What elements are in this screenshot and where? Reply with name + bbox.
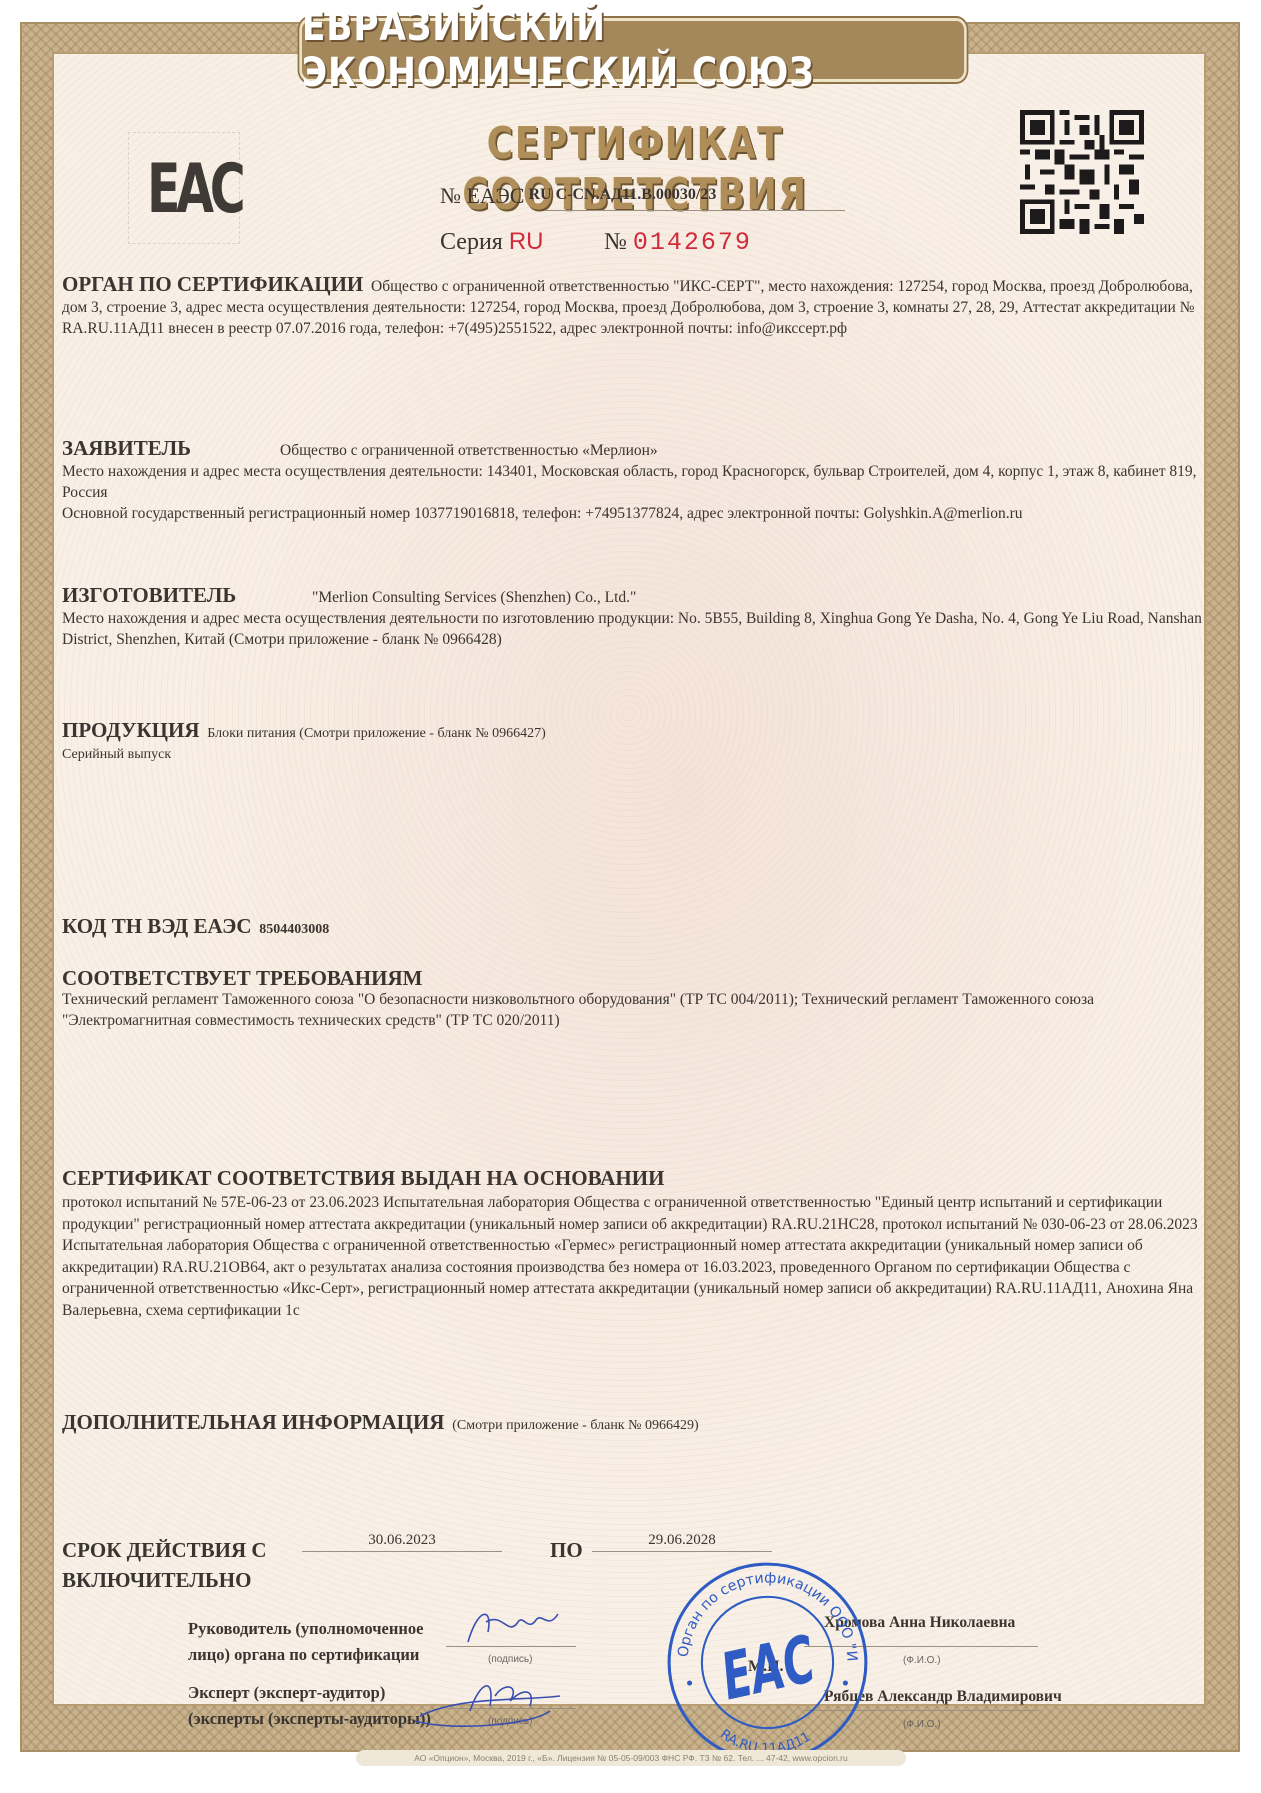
requirements-text: Технический регламент Таможенного союза … (62, 989, 1202, 1031)
head-label: Руководитель (уполномоченное лицо) орган… (188, 1616, 423, 1668)
eaes-number-line: № ЕАЭСRU C-CN.АД11.В.00030/23 (440, 183, 716, 209)
blank-label: № (604, 229, 627, 255)
eac-logo-icon: EAC (147, 150, 205, 230)
printer-footer: АО «Опцион», Москва, 2019 г., «Б». Лицен… (356, 1750, 906, 1766)
manufacturer-heading: ИЗГОТОВИТЕЛЬ (62, 585, 312, 606)
product-name: Блоки питания (Смотри приложение - бланк… (207, 726, 545, 741)
head-signature-icon (458, 1602, 568, 1652)
applicant-address: Место нахождения и адрес места осуществл… (62, 461, 1202, 503)
validity-inclusive: ВКЛЮЧИТЕЛЬНО (62, 1570, 1202, 1591)
tn-ved-code: 8504403008 (259, 922, 329, 937)
product-release: Серийный выпуск (62, 744, 1202, 765)
tn-ved-heading: КОД ТН ВЭД ЕАЭС (62, 914, 252, 938)
union-banner: ЕВРАЗИЙСКИЙ ЭКОНОМИЧЕСКИЙ СОЮЗ (299, 18, 966, 82)
additional-info-text: (Смотри приложение - бланк № 0966429) (452, 1418, 698, 1433)
additional-info-section: ДОПОЛНИТЕЛЬНАЯ ИНФОРМАЦИЯ (Смотри прилож… (62, 1412, 1202, 1436)
eaes-underline (545, 210, 845, 211)
validity-section: СРОК ДЕЙСТВИЯ С 30.06.2023 ПО 29.06.2028… (62, 1530, 1202, 1591)
requirements-section: СООТВЕТСТВУЕТ ТРЕБОВАНИЯМ Технический ре… (62, 968, 1202, 1031)
basis-text: протокол испытаний № 57Е-06-23 от 23.06.… (62, 1192, 1202, 1321)
basis-section: СЕРТИФИКАТ СООТВЕТСТВИЯ ВЫДАН НА ОСНОВАН… (62, 1168, 1202, 1321)
product-section: ПРОДУКЦИЯ Блоки питания (Смотри приложен… (62, 720, 1202, 765)
organization-seal-stamp: Орган по сертификации ООО "Икс-Серт" RA.… (665, 1560, 870, 1765)
certification-body-heading: ОРГАН ПО СЕРТИФИКАЦИИ (62, 272, 363, 296)
manufacturer-section: ИЗГОТОВИТЕЛЬ"Merlion Consulting Services… (62, 585, 1202, 650)
series: Серия RU (440, 228, 544, 256)
tn-ved-section: КОД ТН ВЭД ЕАЭС 8504403008 (62, 916, 1202, 940)
qr-code-icon[interactable] (1020, 110, 1144, 234)
stamp-eac-icon: EAC (719, 1620, 816, 1716)
validity-from-date: 30.06.2023 (302, 1530, 502, 1552)
eaes-label: № ЕАЭС (440, 183, 524, 208)
manufacturer-address: Место нахождения и адрес места осуществл… (62, 608, 1202, 650)
eaes-number: RU C-CN.АД11.В.00030/23 (528, 186, 716, 203)
series-label: Серия (440, 229, 503, 255)
applicant-section: ЗАЯВИТЕЛЬОбщество с ограниченной ответст… (62, 438, 1202, 524)
series-value: RU (509, 228, 544, 255)
validity-to-label: ПО (550, 1540, 583, 1561)
applicant-heading: ЗАЯВИТЕЛЬ (62, 438, 280, 459)
blank-number: № 0142679 (604, 228, 752, 257)
applicant-registration: Основной государственный регистрационный… (62, 503, 1202, 524)
basis-heading: СЕРТИФИКАТ СООТВЕТСТВИЯ ВЫДАН НА ОСНОВАН… (62, 1168, 1202, 1189)
validity-from-label: СРОК ДЕЙСТВИЯ С (62, 1540, 267, 1561)
requirements-heading: СООТВЕТСТВУЕТ ТРЕБОВАНИЯМ (62, 968, 1202, 989)
manufacturer-name: "Merlion Consulting Services (Shenzhen) … (312, 589, 636, 606)
head-name-caption: (Ф.И.О.) (903, 1650, 941, 1671)
blank-number-value: 0142679 (633, 228, 752, 257)
certification-body-section: ОРГАН ПО СЕРТИФИКАЦИИ Общество с огранич… (62, 274, 1202, 339)
validity-to-date: 29.06.2028 (592, 1530, 772, 1552)
expert-signature-icon (410, 1671, 570, 1731)
head-signature-caption: (подпись) (488, 1649, 532, 1670)
expert-name-caption: (Ф.И.О.) (903, 1714, 941, 1735)
applicant-name: Общество с ограниченной ответственностью… (280, 442, 658, 459)
product-heading: ПРОДУКЦИЯ (62, 718, 200, 742)
expert-label: Эксперт (эксперт-аудитор) (эксперты (экс… (188, 1680, 431, 1732)
additional-info-heading: ДОПОЛНИТЕЛЬНАЯ ИНФОРМАЦИЯ (62, 1410, 444, 1434)
